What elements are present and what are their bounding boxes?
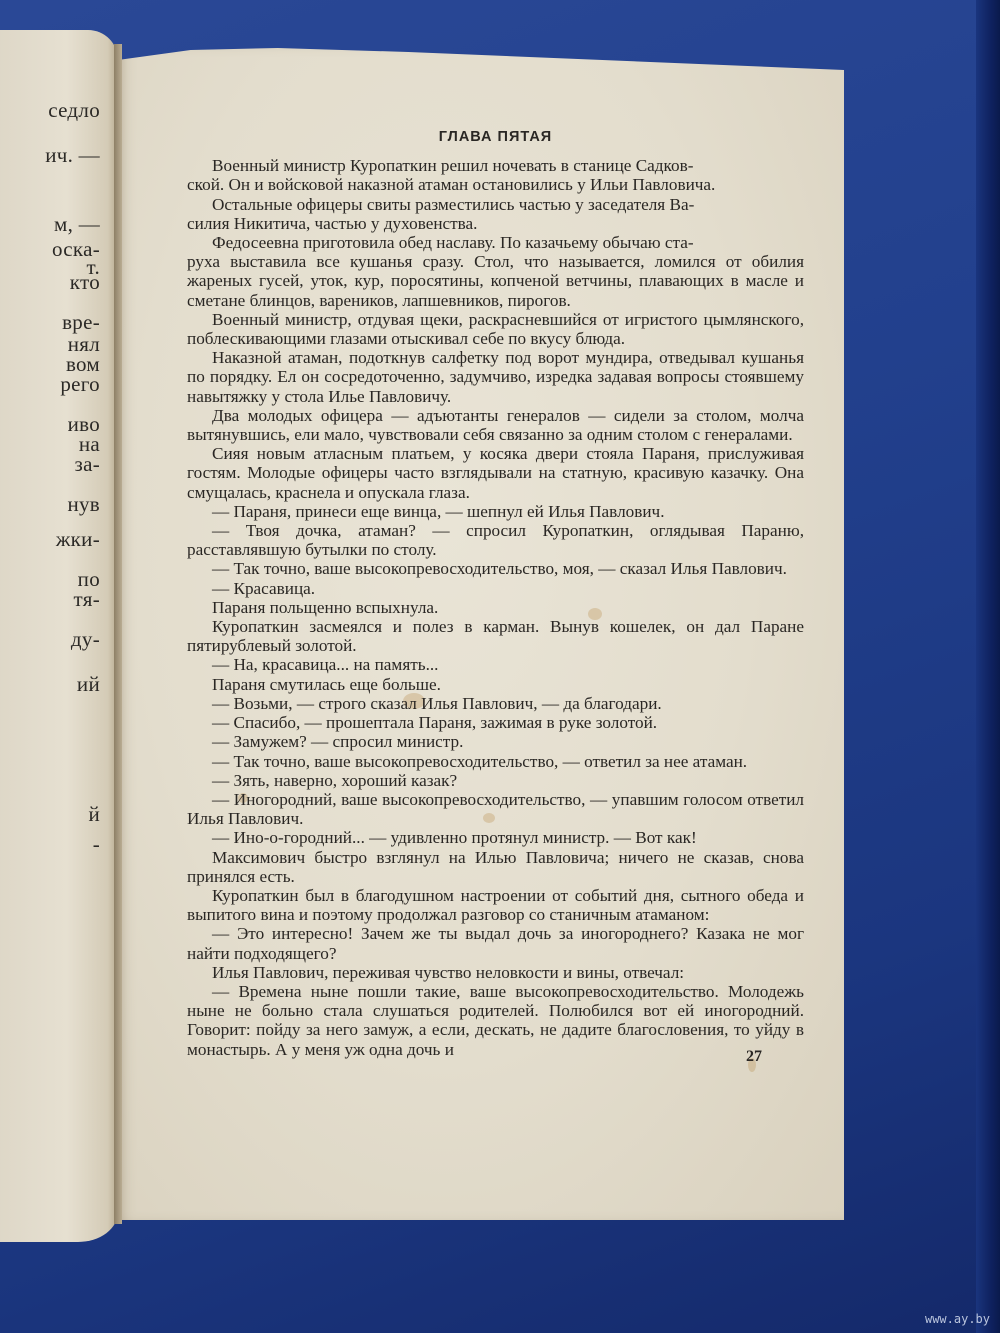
paragraph: Остальные офицеры свиты разместились час…: [187, 195, 804, 214]
paragraph: — Это интересно! Зачем же ты выдал дочь …: [187, 924, 804, 962]
left-page-fragment: тя-: [74, 587, 100, 612]
left-page-fragment: -: [93, 832, 100, 857]
paragraph: — Так точно, ваше высокопревосходительст…: [187, 752, 804, 771]
book-gutter: [114, 44, 122, 1224]
left-page-fragment: й: [88, 802, 100, 827]
paragraph: Федосеевна приготовила обед наславу. По …: [187, 233, 804, 252]
left-page-fragment: ду-: [71, 627, 100, 652]
paragraph: Параня смутилась еще больше.: [187, 675, 804, 694]
paragraph: силия Никитича, частью у духовенства.: [187, 214, 804, 233]
left-page-fragment: нув: [67, 492, 100, 517]
chapter-title: ГЛАВА ПЯТАЯ: [187, 128, 804, 147]
paragraph: ской. Он и войсковой наказной атаман ост…: [187, 175, 804, 194]
paragraph: Илья Павлович, переживая чувство неловко…: [187, 963, 804, 982]
paragraph: Куропаткин был в благодушном настроении …: [187, 886, 804, 924]
paragraph: — Времена ныне пошли такие, ваше высокоп…: [187, 982, 804, 1059]
left-page-fragment: м, —: [54, 212, 100, 237]
paragraph: — Так точно, ваше высокопревосходительст…: [187, 559, 804, 578]
paragraph: Сияя новым атласным платьем, у косяка дв…: [187, 444, 804, 502]
paragraph: Военный министр, отдувая щеки, раскрасне…: [187, 310, 804, 348]
paragraphs: Военный министр Куропаткин решил ночеват…: [187, 156, 804, 1059]
left-page-fragment: жки-: [56, 527, 100, 552]
paragraph: — Параня, принеси еще винца, — шепнул ей…: [187, 502, 804, 521]
left-page-fragment: ич. —: [45, 143, 100, 168]
paragraph: — Возьми, — строго сказал Илья Павлович,…: [187, 694, 804, 713]
left-page: седлоич. —м, —оска-т.ктовре-нялвомрегоив…: [0, 30, 118, 1242]
page-text: ГЛАВА ПЯТАЯ Военный министр Куропаткин р…: [187, 120, 804, 1059]
left-page-fragment: за-: [74, 452, 100, 477]
watermark: www.ay.by: [925, 1312, 990, 1326]
paragraph: Наказной атаман, подоткнув салфетку под …: [187, 348, 804, 406]
paragraph: — Твоя дочка, атаман? — спросил Куропатк…: [187, 521, 804, 559]
paragraph: — Ино-о-городний... — удивленно протянул…: [187, 828, 804, 847]
left-page-fragment: рего: [60, 372, 100, 397]
left-page-fragment: седло: [48, 98, 100, 123]
paragraph: — Иногородний, ваше высокопревосходитель…: [187, 790, 804, 828]
left-page-fragment: ий: [77, 672, 100, 697]
paragraph: руха выставила все кушанья сразу. Стол, …: [187, 252, 804, 310]
paragraph: — Замужем? — спросил министр.: [187, 732, 804, 751]
paragraph: Военный министр Куропаткин решил ночеват…: [187, 156, 804, 175]
page-number: 27: [746, 1048, 762, 1066]
paragraph: — Спасибо, — прошептала Параня, зажимая …: [187, 713, 804, 732]
paragraph: — Красавица.: [187, 579, 804, 598]
paragraph: Параня польщенно вспыхнула.: [187, 598, 804, 617]
left-page-fragment: кто: [70, 270, 100, 295]
paragraph: — На, красавица... на память...: [187, 655, 804, 674]
paragraph: Куропаткин засмеялся и полез в карман. В…: [187, 617, 804, 655]
table-surface-edge: [976, 0, 1000, 1333]
paragraph: — Зять, наверно, хороший казак?: [187, 771, 804, 790]
paragraph: Два молодых офицера — адъютанты генерало…: [187, 406, 804, 444]
paragraph: Максимович быстро взглянул на Илью Павло…: [187, 848, 804, 886]
